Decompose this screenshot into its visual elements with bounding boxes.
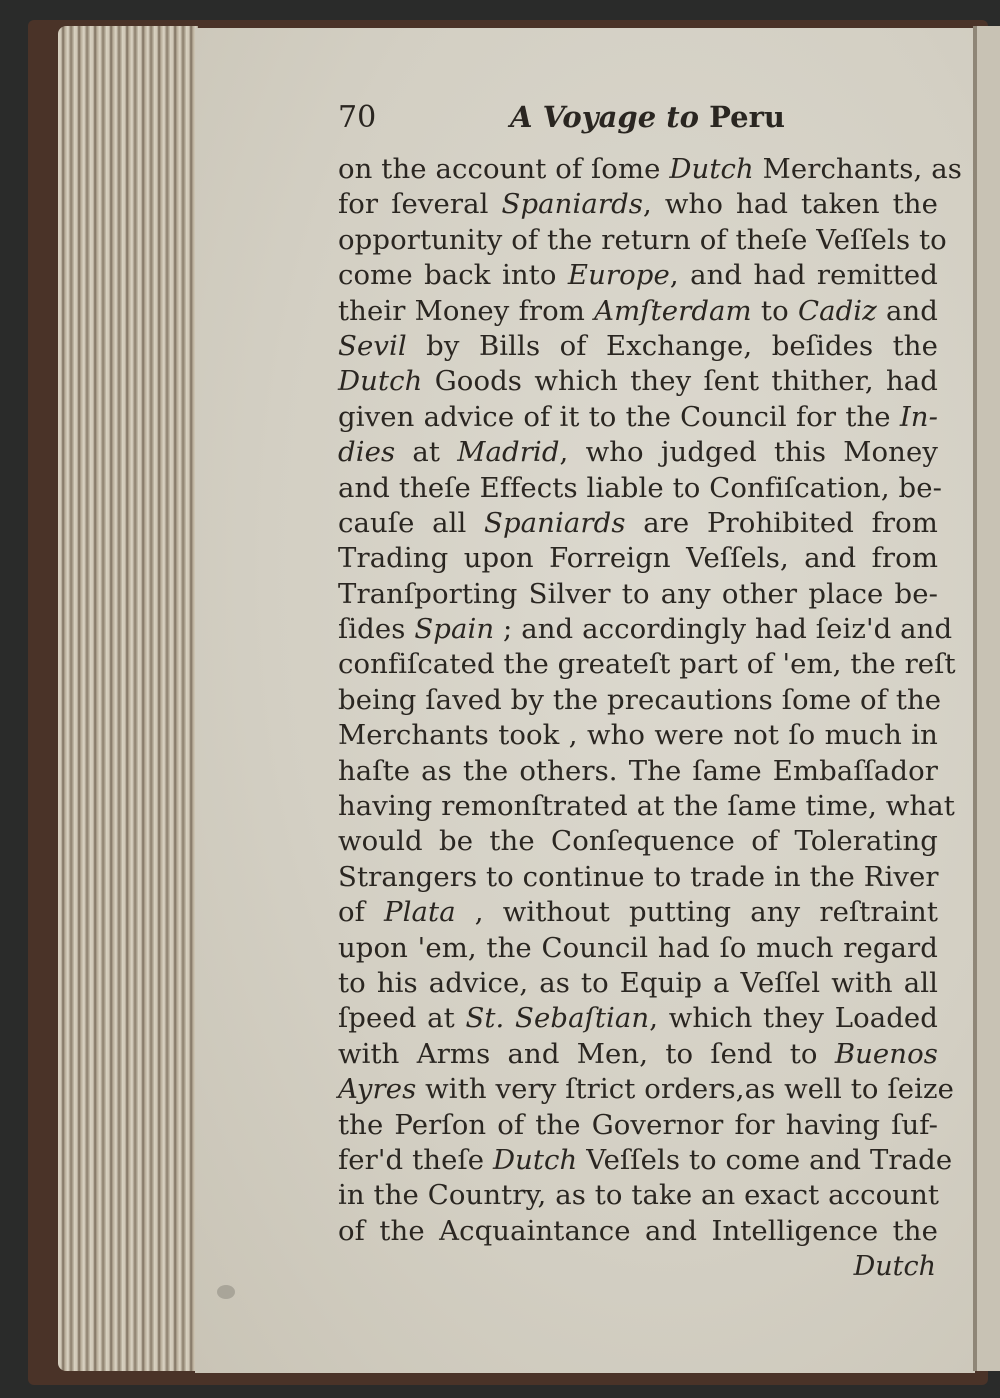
text-line: given advice of it to the Council for th… [338, 400, 938, 435]
italic-term: Buenos [835, 1038, 938, 1070]
italic-term: Cadiz [798, 295, 877, 327]
italic-term: Sevil [338, 330, 407, 362]
text-line: Ayres with very ſtrict orders,as well to… [338, 1072, 938, 1107]
text-line: Strangers to continue to trade in the Ri… [338, 860, 938, 895]
body-text: on the account of ſome Dutch Merchants, … [338, 152, 938, 1249]
page-text: 70 A Voyage to Peru on the account of ſo… [338, 100, 938, 1284]
italic-term: Plata [384, 896, 456, 928]
text-line: of the Acquaintance and Intelligence the [338, 1214, 938, 1249]
italic-term: Ayres [338, 1073, 416, 1105]
text-line: dies at Madrid, who judged this Money [338, 435, 938, 470]
text-line: fer'd theſe Dutch Veſſels to come and Tr… [338, 1143, 938, 1178]
text-line: upon 'em, the Council had ſo much regard [338, 931, 938, 966]
italic-term: Spain [414, 613, 494, 645]
italic-term: Dutch [338, 365, 422, 397]
facing-page-edge [977, 26, 1000, 1371]
text-line: Sevil by Bills of Exchange, beſides the [338, 329, 938, 364]
italic-term: Madrid [457, 436, 559, 468]
stain-mark [217, 1285, 235, 1299]
italic-term: Dutch [669, 153, 753, 185]
text-line: having remonſtrated at the ſame time, wh… [338, 789, 938, 824]
text-line: come back into Europe, and had remitted [338, 258, 938, 293]
italic-term: In- [900, 401, 938, 433]
text-line: being ſaved by the precautions ſome of t… [338, 683, 938, 718]
italic-term: Dutch [493, 1144, 577, 1176]
page-edges [58, 26, 198, 1371]
catchword: Dutch [338, 1249, 938, 1284]
text-line: Merchants took , who were not ſo much in [338, 718, 938, 753]
page-header: 70 A Voyage to Peru [338, 100, 938, 152]
italic-term: Spaniards [502, 188, 644, 220]
text-line: Trading upon Forreign Veſſels, and from [338, 541, 938, 576]
italic-term: St. Sebaſtian [465, 1002, 649, 1034]
text-line: haſte as the others. The ſame Embaſſador [338, 754, 938, 789]
italic-term: Europe [568, 259, 670, 291]
page-number: 70 [338, 100, 376, 135]
text-line: would be the Conſequence of Tolerating [338, 824, 938, 859]
text-line: opportunity of the return of theſe Veſſe… [338, 223, 938, 258]
text-line: on the account of ſome Dutch Merchants, … [338, 152, 938, 187]
text-line: of Plata , without putting any reſtraint [338, 895, 938, 930]
text-line: the Perſon of the Governor for having ſu… [338, 1108, 938, 1143]
text-line: cauſe all Spaniards are Prohibited from [338, 506, 938, 541]
running-head-roman: Peru [709, 100, 785, 134]
text-line: and theſe Effects liable to Confiſcation… [338, 471, 938, 506]
text-line: their Money from Amſterdam to Cadiz and [338, 294, 938, 329]
text-line: to his advice, as to Equip a Veſſel with… [338, 966, 938, 1001]
text-line: Dutch Goods which they ſent thither, had [338, 364, 938, 399]
text-line: ſides Spain ; and accordingly had ſeiz'd… [338, 612, 938, 647]
text-line: in the Country, as to take an exact acco… [338, 1178, 938, 1213]
running-head-italic: A Voyage to [510, 100, 699, 134]
italic-term: dies [338, 436, 395, 468]
text-line: with Arms and Men, to ſend to Buenos [338, 1037, 938, 1072]
text-line: confiſcated the greateſt part of 'em, th… [338, 647, 938, 682]
running-head: A Voyage to Peru [510, 100, 785, 134]
text-line: Tranſporting Silver to any other place b… [338, 577, 938, 612]
text-line: for ſeveral Spaniards, who had taken the [338, 187, 938, 222]
text-line: ſpeed at St. Sebaſtian, which they Loade… [338, 1001, 938, 1036]
italic-term: Amſterdam [594, 295, 752, 327]
italic-term: Spaniards [484, 507, 626, 539]
